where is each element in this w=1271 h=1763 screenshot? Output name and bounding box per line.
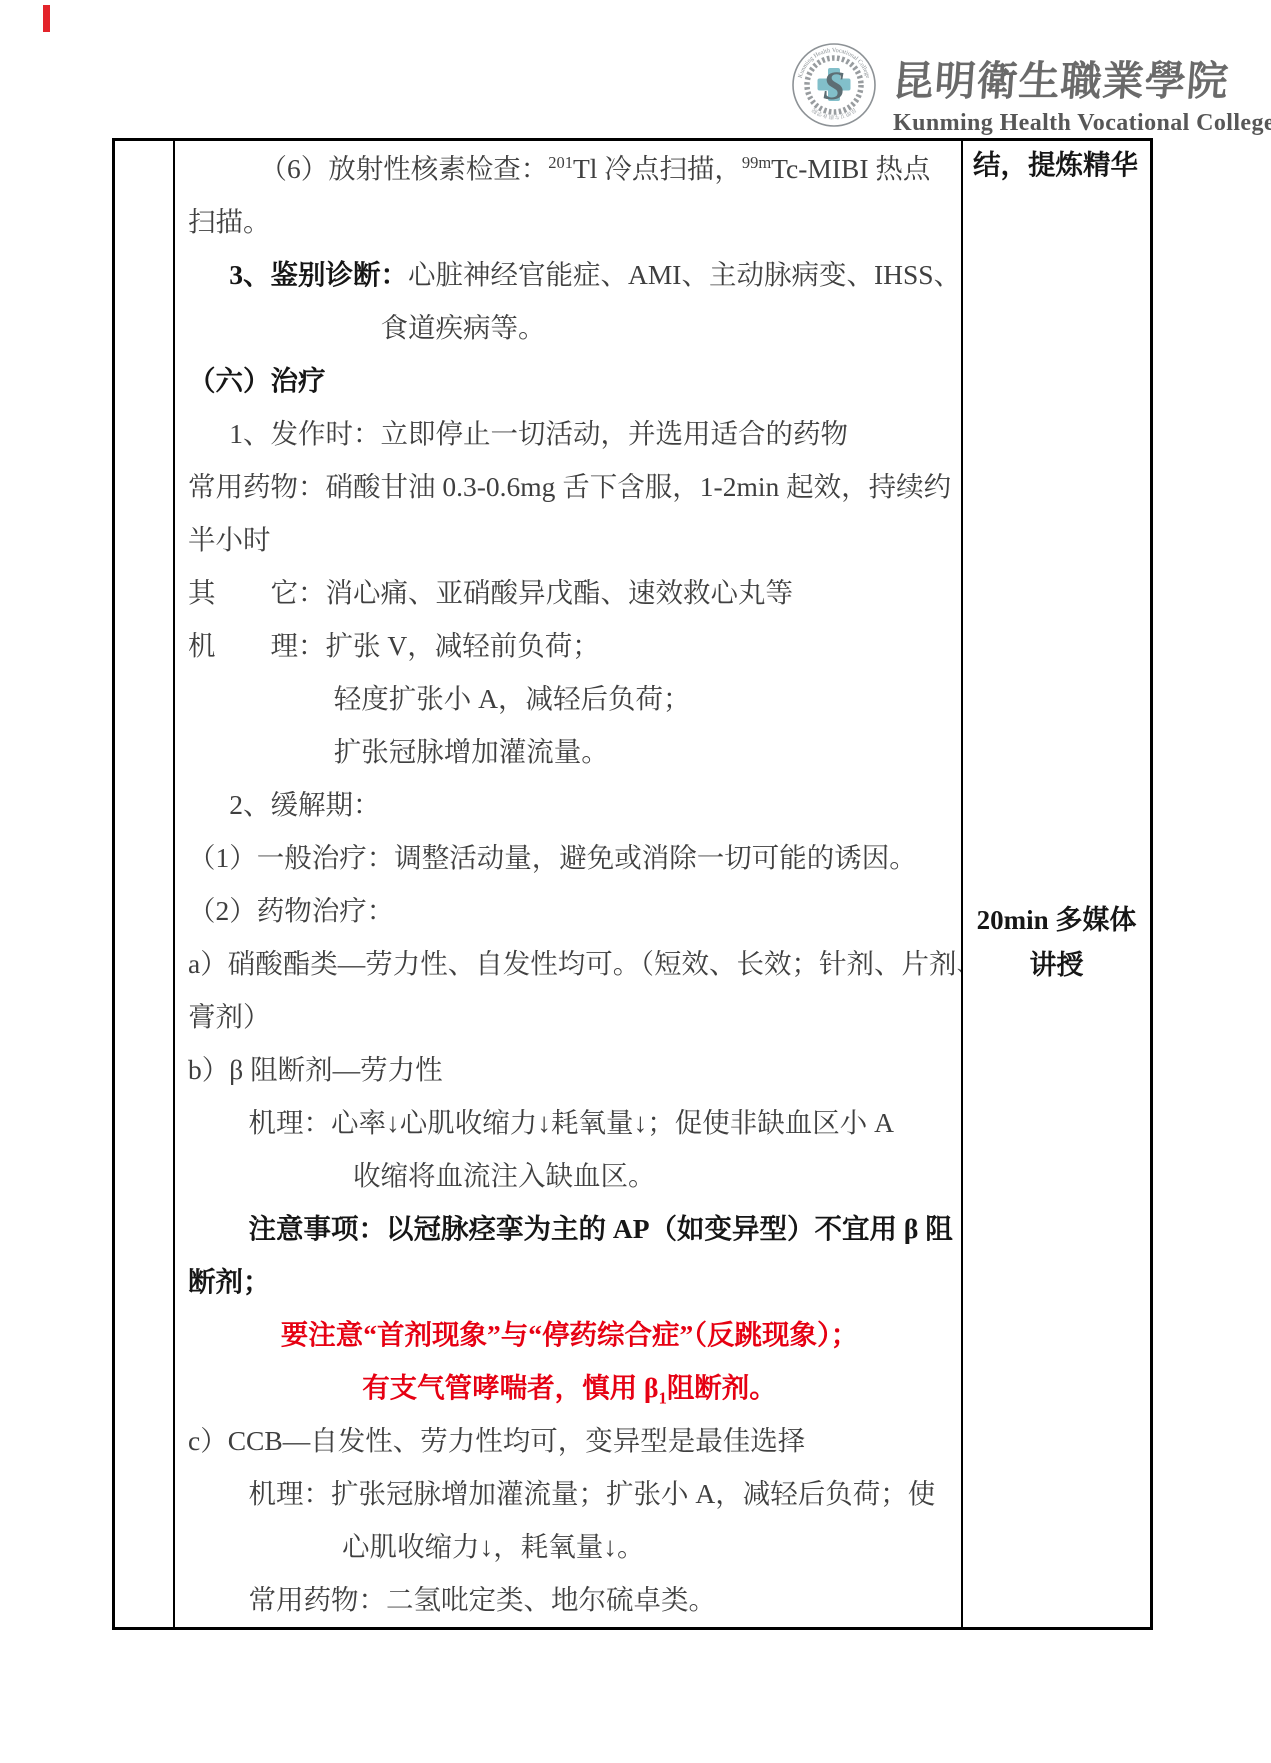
document-page: Kunming Health Vocational College S 昆明卫生…: [0, 0, 1271, 1763]
content-line: 机 理：扩张 V，减轻前负荷；: [188, 619, 951, 672]
college-name-chinese: 昆明衛生職業學院: [891, 48, 1225, 107]
lesson-plan-table: （6）放射性核素检查：201Tl 冷点扫描，99mTc-MIBI 热点 扫描。 …: [112, 138, 1153, 1630]
college-seal-logo: Kunming Health Vocational College S 昆明卫生…: [791, 42, 877, 128]
content-line: （2）药物治疗：: [188, 884, 951, 937]
content-line: （6）放射性核素检查：201Tl 冷点扫描，99mTc-MIBI 热点: [188, 142, 951, 195]
isotope-superscript: 99m: [742, 153, 771, 172]
content-line: 心肌收缩力↓，耗氧量↓。: [188, 1520, 951, 1573]
content-line: 常用药物：硝酸甘油 0.3-0.6mg 舌下含服，1-2min 起效，持续约: [188, 460, 951, 513]
content-line: 机理：心率↓心肌收缩力↓耗氧量↓；促使非缺血区小 A: [188, 1096, 951, 1149]
content-line-warning: 有支气管哮喘者，慎用 β1阻断剂。: [188, 1361, 951, 1414]
note-method-line: 讲授: [963, 943, 1150, 988]
note-summary: 结，提炼精华: [973, 143, 1140, 187]
table-notes-cell: 结，提炼精华 20min 多媒体 讲授: [963, 141, 1150, 1627]
content-line: 收缩将血流注入缺血区。: [188, 1149, 951, 1202]
content-line: 2、缓解期：: [188, 778, 951, 831]
content-line: （1）一般治疗：调整活动量，避免或消除一切可能的诱因。: [188, 831, 951, 884]
seal-icon: Kunming Health Vocational College S 昆明卫生…: [791, 42, 877, 128]
college-name-block: 昆明衛生職業學院 Kunming Health Vocational Colle…: [893, 48, 1223, 137]
content-line: 半小时: [188, 513, 951, 566]
content-line: c）CCB—自发性、劳力性均可，变异型是最佳选择: [188, 1414, 951, 1467]
content-line: 断剂；: [188, 1255, 951, 1308]
content-line: 膏剂）: [188, 990, 951, 1043]
content-line: 注意事项：以冠脉痉挛为主的 AP（如变异型）不宜用 β 阻: [188, 1202, 951, 1255]
content-line-warning: 要注意“首剂现象”与“停药综合症”（反跳现象）；: [188, 1308, 951, 1361]
content-line: 1、发作时：立即停止一切活动，并选用适合的药物: [188, 407, 951, 460]
note-teaching-method: 20min 多媒体 讲授: [963, 898, 1150, 988]
content-line: 食道疾病等。: [188, 301, 951, 354]
table-content-cell: （6）放射性核素检查：201Tl 冷点扫描，99mTc-MIBI 热点 扫描。 …: [175, 141, 963, 1627]
table-left-empty-cell: [115, 141, 175, 1627]
content-line: 机理：扩张冠脉增加灌流量；扩张小 A，减轻后负荷；使: [188, 1467, 951, 1520]
content-line: b）β 阻断剂—劳力性: [188, 1043, 951, 1096]
content-line: 轻度扩张小 A，减轻后负荷；: [188, 672, 951, 725]
svg-text:S: S: [823, 63, 845, 108]
content-line: 扩张冠脉增加灌流量。: [188, 725, 951, 778]
beta-subscript: 1: [659, 1389, 667, 1408]
college-name-english: Kunming Health Vocational College: [893, 110, 1223, 137]
content-line: a）硝酸酯类—劳力性、自发性均可。（短效、长效；针剂、片剂、: [188, 937, 951, 990]
note-duration-line: 20min 多媒体: [963, 898, 1150, 943]
svg-text:昆明卫生职业学院: 昆明卫生职业学院: [810, 106, 858, 121]
content-line: 常用药物：二氢吡定类、地尔硫卓类。: [188, 1573, 951, 1626]
isotope-superscript: 201: [548, 153, 573, 172]
red-corner-mark: [43, 5, 50, 32]
content-line: （六）治疗: [188, 354, 951, 407]
content-line: 其 它：消心痛、亚硝酸异戊酯、速效救心丸等: [188, 566, 951, 619]
content-line: 3、鉴别诊断：心脏神经官能症、AMI、主动脉病变、IHSS、: [188, 248, 951, 301]
content-line: 扫描。: [188, 195, 951, 248]
